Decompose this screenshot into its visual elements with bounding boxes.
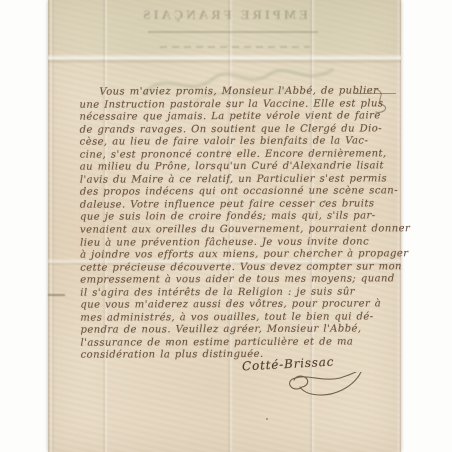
letter-line: à joindre vos efforts aux miens, pour ch…	[80, 248, 392, 262]
letter-line: que vous m'aiderez aussi des vôtres, pou…	[80, 299, 392, 313]
margin-ink-flourish	[371, 87, 395, 117]
paper-left-edge	[48, 0, 55, 452]
letterhead-rule-bleedthrough	[148, 31, 318, 33]
letterhead-subline-bleedthrough	[160, 46, 310, 48]
letter-line: venaient aux oreilles du Gouvernement, p…	[80, 223, 392, 237]
letter-line: nécessaire que jamais. La petite vérole …	[80, 110, 392, 124]
letter-line: considération la plus distinguée.	[81, 349, 393, 363]
letter-line: empressement à vous aider de tous mes mo…	[80, 274, 392, 288]
paper-speck	[266, 418, 268, 420]
mirrored-letterhead-bleedthrough: EMPIRE FRANÇAIS	[134, 7, 314, 23]
signature-paraph-flourish	[248, 372, 364, 402]
letter-line: au milieu du Prône, lorsqu'un Curé d'Ale…	[80, 161, 392, 175]
letter-photo-scene: EMPIRE FRANÇAIS Vous m'aviez promis, Mon…	[0, 0, 452, 452]
letter-line: cèse, au lieu de faire valoir les bienfa…	[80, 136, 392, 150]
paper-speck	[324, 200, 326, 202]
letter-paper-sheet: EMPIRE FRANÇAIS Vous m'aviez promis, Mon…	[48, 0, 401, 452]
letter-line: Vous m'aviez promis, Monsieur l'Abbé, de…	[79, 85, 391, 99]
left-edge-crease-mark	[48, 294, 65, 296]
paper-speck	[168, 342, 170, 344]
letter-body-text: Vous m'aviez promis, Monsieur l'Abbé, de…	[79, 85, 392, 362]
